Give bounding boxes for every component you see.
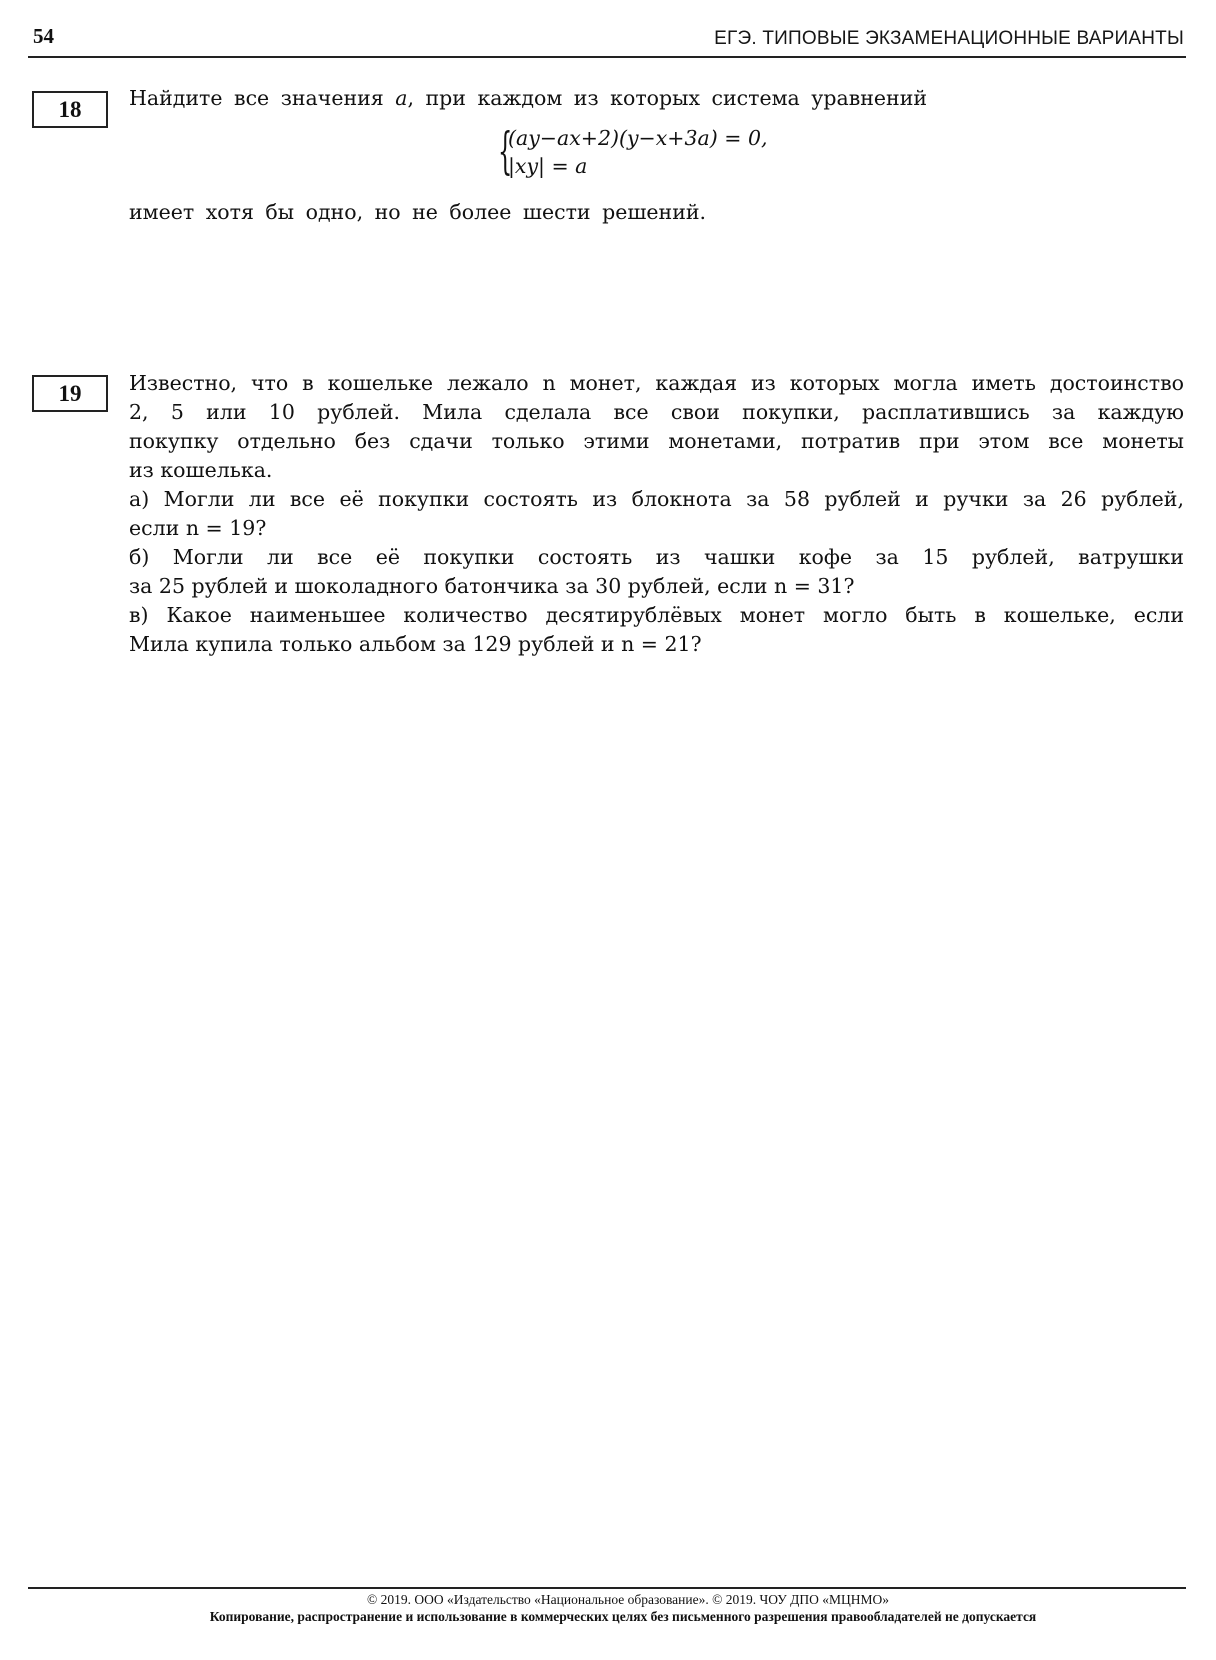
running-title: ЕГЭ. ТИПОВЫЕ ЭКЗАМЕНАЦИОННЫЕ ВАРИАНТЫ	[714, 28, 1184, 50]
task-19-line-2: 2, 5 или 10 рублей. Мила сделала все сво…	[129, 398, 1184, 427]
task-18-intro: Найдите все значения a, при каждом из ко…	[129, 84, 1184, 113]
task-18-conclusion: имеет хотя бы одно, но не более шести ре…	[129, 198, 1184, 227]
task-19-line-4: из кошелька.	[129, 456, 1184, 485]
task-19-body: Известно, что в кошельке лежало n монет,…	[129, 369, 1184, 659]
equation-system: { (ay−ax+2)(y−x+3a) = 0, |xy| = a	[500, 124, 768, 180]
part-c-line-1: Какое наименьшее количество десятирублёв…	[166, 603, 1184, 627]
part-b-line-2: за 25 рублей и шоколадного батончика за …	[129, 572, 1184, 601]
task-19-part-c: в) Какое наименьшее количество десятируб…	[129, 601, 1184, 659]
task-19-part-a: а) Могли ли все её покупки состоять из б…	[129, 485, 1184, 543]
footer-divider	[28, 1587, 1186, 1589]
task-19-part-b: б) Могли ли все её покупки состоять из ч…	[129, 543, 1184, 601]
page-number: 54	[33, 24, 54, 49]
footer-notice: Копирование, распространение и использов…	[0, 1609, 1216, 1625]
task-number-box-18: 18	[32, 91, 108, 128]
header-divider	[28, 56, 1186, 58]
task-18-intro-text-1: Найдите все значения	[129, 86, 395, 110]
equation-2: |xy| = a	[500, 152, 768, 180]
task-19-line-1: Известно, что в кошельке лежало n монет,…	[129, 369, 1184, 398]
part-b-line-1: Могли ли все её покупки состоять из чашк…	[173, 545, 1184, 569]
part-a-line-2: если n = 19?	[129, 514, 1184, 543]
task-18-intro-text-2: , при каждом из которых система уравнени…	[407, 86, 927, 110]
part-c-label: в)	[129, 603, 149, 627]
footer-copyright: © 2019. ООО «Издательство «Национальное …	[0, 1592, 1216, 1608]
task-18-variable-a: a	[395, 86, 407, 110]
task-number-box-19: 19	[32, 375, 108, 412]
system-brace-icon: {	[498, 126, 512, 176]
part-c-line-2: Мила купила только альбом за 129 рублей …	[129, 630, 1184, 659]
part-a-line-1: Могли ли все её покупки состоять из блок…	[164, 487, 1184, 511]
equation-1: (ay−ax+2)(y−x+3a) = 0,	[500, 124, 768, 152]
part-a-label: а)	[129, 487, 149, 511]
task-18-conclusion-text: имеет хотя бы одно, но не более шести ре…	[129, 198, 1184, 227]
task-19-line-3: покупку отдельно без сдачи только этими …	[129, 427, 1184, 456]
part-b-label: б)	[129, 545, 149, 569]
